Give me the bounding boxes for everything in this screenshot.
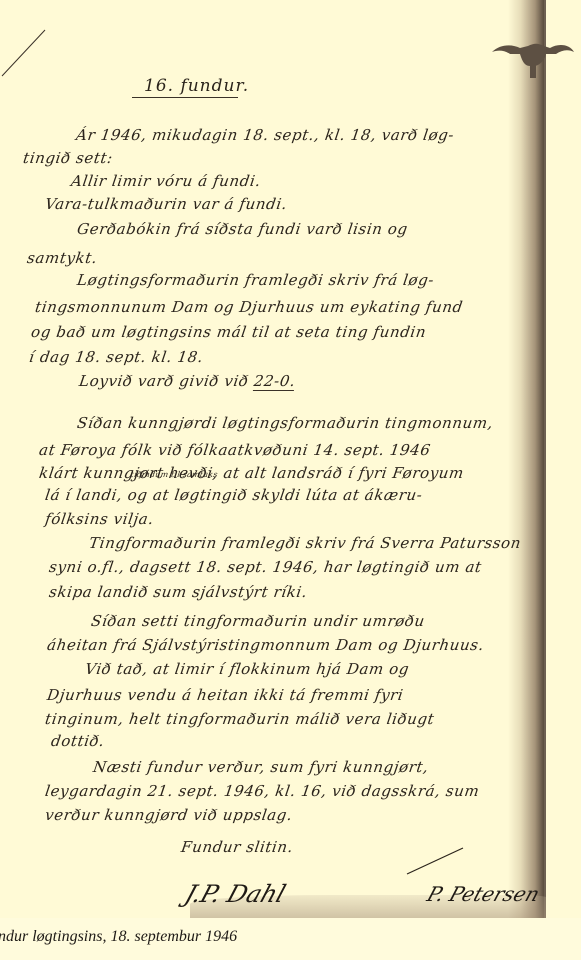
book-spine [508, 0, 544, 918]
handwritten-line: Vara-tulkmaðurin var á fundi. [44, 195, 288, 213]
handwritten-line: lá í landi, og at løgtingið skyldi lúta … [44, 486, 424, 504]
handwritten-line: klárt kunngjørt hevði, at alt landsráð í… [38, 464, 465, 482]
handwritten-line: at Føroya fólk við fólkaatkvøðuni 14. se… [38, 441, 432, 459]
handwritten-line: áheitan frá Sjálvstýristingmonnum Dam og… [46, 636, 485, 654]
handwritten-line: Allir limir vóru á fundi. [70, 172, 262, 190]
handwritten-line: Gerðabókin frá síðsta fundi varð lisin o… [76, 220, 409, 238]
heading-underline [132, 97, 238, 98]
handwritten-line: Fundur slitin. [180, 838, 294, 856]
handwritten-line: Næsti fundur verður, sum fyri kunngjørt, [92, 758, 430, 776]
figure-caption: ndur løgtingsins, 18. septembur 1946 [0, 928, 237, 946]
spine-edge [544, 0, 546, 918]
margin-pen-stroke-icon [0, 28, 50, 78]
handwritten-line: Síðan kunngjørdi løgtingsformaðurin ting… [76, 414, 494, 432]
handwritten-line: leygardagin 21. sept. 1946, kl. 16, við … [44, 782, 481, 800]
handwritten-line: Løgtingsformaðurin framlegði skriv frá l… [76, 271, 435, 289]
handwritten-line: tinginum, helt tingformaðurin málið vera… [44, 710, 436, 728]
handwritten-line: Ár 1946, mikudagin 18. sept., kl. 18, va… [75, 126, 455, 144]
handwritten-line: Loyvið varð givið við 22-0. [78, 372, 297, 390]
vote-result: 22-0. [253, 372, 297, 391]
binding-clip-icon [490, 40, 576, 80]
handwritten-line: Við tað, at limir í flokkinum hjá Dam og [84, 660, 410, 678]
scanned-page: 16. fundur. Ár 1946, mikudagin 18. sept.… [0, 0, 581, 918]
signature-flourish-icon [405, 846, 465, 876]
handwritten-line: Síðan setti tingformaðurin undir umrøðu [90, 612, 426, 630]
handwritten-line: fólksins vilja. [44, 510, 155, 528]
handwritten-line: tingsmonnunum Dam og Djurhuus um eykatin… [34, 298, 464, 316]
handwritten-line: í dag 18. sept. kl. 18. [28, 348, 204, 366]
handwritten-line: Tingformaðurin framlegði skriv frá Sverr… [88, 534, 522, 552]
handwritten-line: skipa landið sum sjálvstýrt ríki. [48, 583, 309, 601]
signature: P. Petersen [424, 882, 543, 906]
meeting-heading: 16. fundur. [144, 76, 249, 96]
handwritten-line: dottið. [50, 732, 106, 750]
handwritten-line: syni o.fl., dagsett 18. sept. 1946, har … [48, 558, 483, 576]
handwritten-line: Djurhuus vendu á heitan ikki tá fremmi f… [46, 686, 405, 704]
signature: J.P. Dahl [181, 880, 289, 908]
handwritten-line: og bað um løgtingsins mál til at seta ti… [30, 323, 427, 341]
handwritten-line: samtykt. [26, 249, 99, 267]
interlinear-note: tíðindum til samtaks [130, 470, 218, 479]
handwritten-line: tingið sett: [22, 149, 114, 167]
handwritten-line: verður kunngjørd við uppslag. [44, 806, 294, 824]
